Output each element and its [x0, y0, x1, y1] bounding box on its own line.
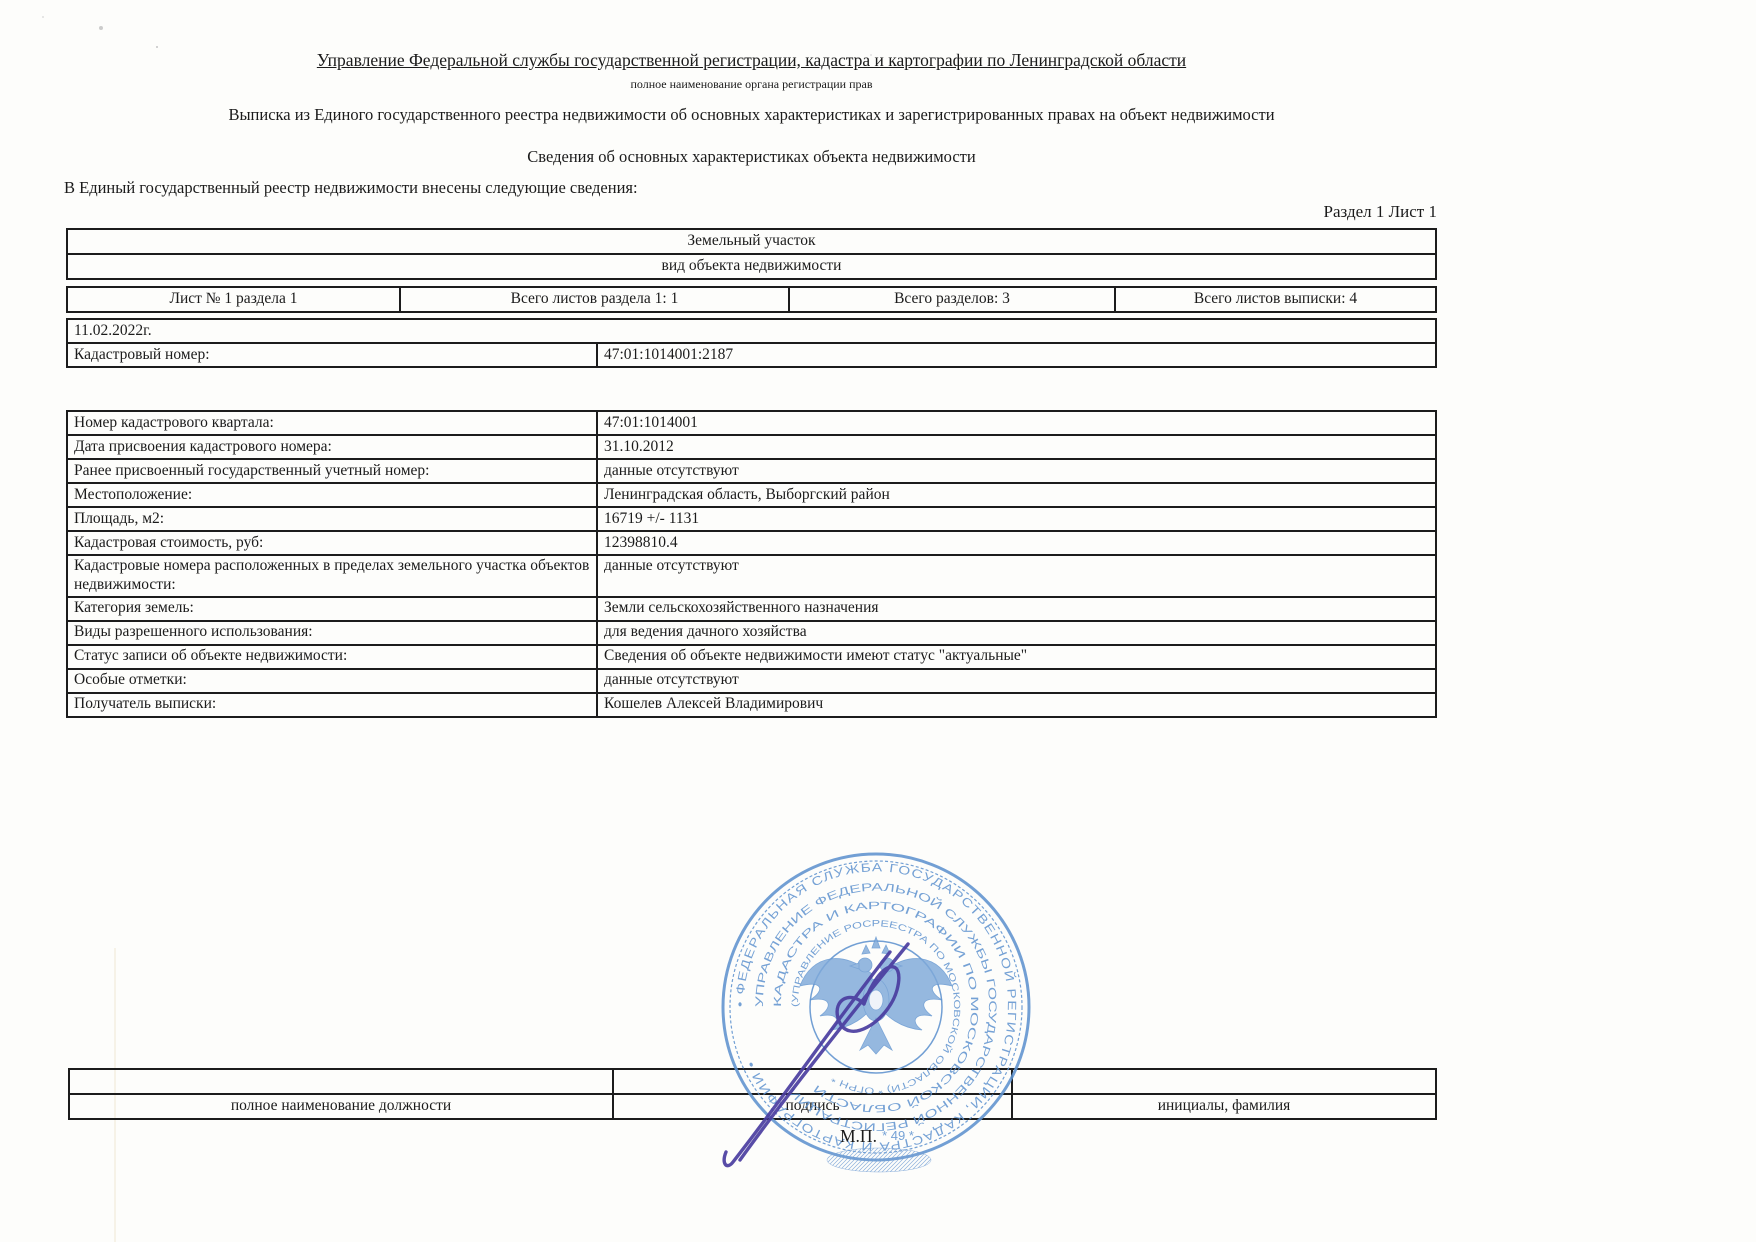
table-row: Ранее присвоенный государственный учетны…	[67, 459, 1436, 483]
signature-stroke	[740, 944, 908, 1160]
table-row: Номер кадастрового квартала: 47:01:10140…	[67, 411, 1436, 435]
sheet-cell-total-sheets-section: Всего листов раздела 1: 1	[400, 287, 789, 312]
sheet-cell-list-number: Лист № 1 раздела 1	[67, 287, 400, 312]
signature-table: полное наименование должности подпись ин…	[68, 1068, 1437, 1120]
table-row: полное наименование должности подпись ин…	[69, 1094, 1436, 1119]
cadastral-number-value: 47:01:1014001:2187	[597, 343, 1436, 367]
mp-seal-label: М.П.	[840, 1126, 877, 1147]
detail-value: 16719 +/- 1131	[597, 507, 1436, 531]
stamp-inner-circle	[810, 941, 942, 1073]
handwritten-signature	[650, 895, 990, 1225]
table-row: Статус записи об объекте недвижимости: С…	[67, 645, 1436, 669]
sheet-cell-total-sheets-extract: Всего листов выписки: 4	[1115, 287, 1436, 312]
document-title: Выписка из Единого государственного реес…	[66, 105, 1437, 125]
detail-label: Номер кадастрового квартала:	[67, 411, 597, 435]
table-row	[69, 1069, 1436, 1094]
detail-label: Местоположение:	[67, 483, 597, 507]
position-column-label: полное наименование должности	[69, 1094, 613, 1119]
official-stamp: • ФЕДЕРАЛЬНАЯ СЛУЖБА ГОСУДАРСТВЕННОЙ РЕГ…	[676, 802, 1076, 1222]
table-row: 11.02.2022г.	[67, 319, 1436, 343]
sheet-cell-total-sections: Всего разделов: 3	[789, 287, 1115, 312]
signature-entry-cell	[613, 1069, 1012, 1094]
detail-value: Земли сельскохозяйственного назначения	[597, 597, 1436, 621]
detail-value: 47:01:1014001	[597, 411, 1436, 435]
object-type: Земельный участок	[67, 229, 1436, 254]
detail-label: Кадастровые номера расположенных в преде…	[67, 555, 597, 597]
table-row: Виды разрешенного использования: для вед…	[67, 621, 1436, 645]
document-page: Управление Федеральной службы государств…	[0, 0, 1756, 1242]
detail-value: 12398810.4	[597, 531, 1436, 555]
name-entry-cell	[1012, 1069, 1436, 1094]
table-row: Получатель выписки: Кошелев Алексей Влад…	[67, 693, 1436, 717]
detail-value: данные отсутствуют	[597, 459, 1436, 483]
detail-label: Статус записи об объекте недвижимости:	[67, 645, 597, 669]
detail-label: Виды разрешенного использования:	[67, 621, 597, 645]
table-row: Кадастровые номера расположенных в преде…	[67, 555, 1436, 597]
object-type-table: Земельный участок вид объекта недвижимос…	[66, 228, 1437, 280]
table-row: Местоположение: Ленинградская область, В…	[67, 483, 1436, 507]
issue-date: 11.02.2022г.	[67, 319, 1436, 343]
table-row: Категория земель: Земли сельскохозяйстве…	[67, 597, 1436, 621]
table-row: Кадастровая стоимость, руб: 12398810.4	[67, 531, 1436, 555]
table-row: вид объекта недвижимости	[67, 254, 1436, 279]
table-row: Площадь, м2: 16719 +/- 1131	[67, 507, 1436, 531]
table-row: Особые отметки: данные отсутствуют	[67, 669, 1436, 693]
detail-label: Дата присвоения кадастрового номера:	[67, 435, 597, 459]
position-entry-cell	[69, 1069, 613, 1094]
stamp-number: * 49 *	[882, 1128, 914, 1143]
detail-label: Площадь, м2:	[67, 507, 597, 531]
detail-label: Получатель выписки:	[67, 693, 597, 717]
detail-label: Кадастровая стоимость, руб:	[67, 531, 597, 555]
date-cadastral-table: 11.02.2022г. Кадастровый номер: 47:01:10…	[66, 318, 1437, 368]
detail-value: для ведения дачного хозяйства	[597, 621, 1436, 645]
section-subtitle: Сведения об основных характеристиках объ…	[66, 147, 1437, 167]
intro-text: В Единый государственный реестр недвижим…	[64, 178, 638, 198]
authority-caption: полное наименование органа регистрации п…	[66, 77, 1437, 92]
signature-stroke	[837, 967, 899, 1032]
detail-value: Сведения об объекте недвижимости имеют с…	[597, 645, 1436, 669]
table-row: Лист № 1 раздела 1 Всего листов раздела …	[67, 287, 1436, 312]
section-page-ref: Раздел 1 Лист 1	[66, 202, 1437, 222]
name-column-label: инициалы, фамилия	[1012, 1094, 1436, 1119]
detail-value: данные отсутствуют	[597, 669, 1436, 693]
table-row: Кадастровый номер: 47:01:1014001:2187	[67, 343, 1436, 367]
detail-value: 31.10.2012	[597, 435, 1436, 459]
sheet-info-table: Лист № 1 раздела 1 Всего листов раздела …	[66, 286, 1437, 313]
detail-value: данные отсутствуют	[597, 555, 1436, 597]
stamp-eagle-icon	[800, 937, 952, 1054]
signature-column-label: подпись	[613, 1094, 1012, 1119]
details-table: Номер кадастрового квартала: 47:01:10140…	[66, 410, 1437, 718]
detail-value: Кошелев Алексей Владимирович	[597, 693, 1436, 717]
detail-label: Особые отметки:	[67, 669, 597, 693]
scan-speck-artifacts	[0, 0, 2, 2]
table-row: Дата присвоения кадастрового номера: 31.…	[67, 435, 1436, 459]
table-row: Земельный участок	[67, 229, 1436, 254]
detail-label: Ранее присвоенный государственный учетны…	[67, 459, 597, 483]
registration-authority-title: Управление Федеральной службы государств…	[66, 50, 1437, 71]
detail-value: Ленинградская область, Выборгский район	[597, 483, 1436, 507]
object-type-caption: вид объекта недвижимости	[67, 254, 1436, 279]
detail-label: Категория земель:	[67, 597, 597, 621]
cadastral-number-label: Кадастровый номер:	[67, 343, 597, 367]
stamp-hatch-band	[827, 1148, 931, 1172]
